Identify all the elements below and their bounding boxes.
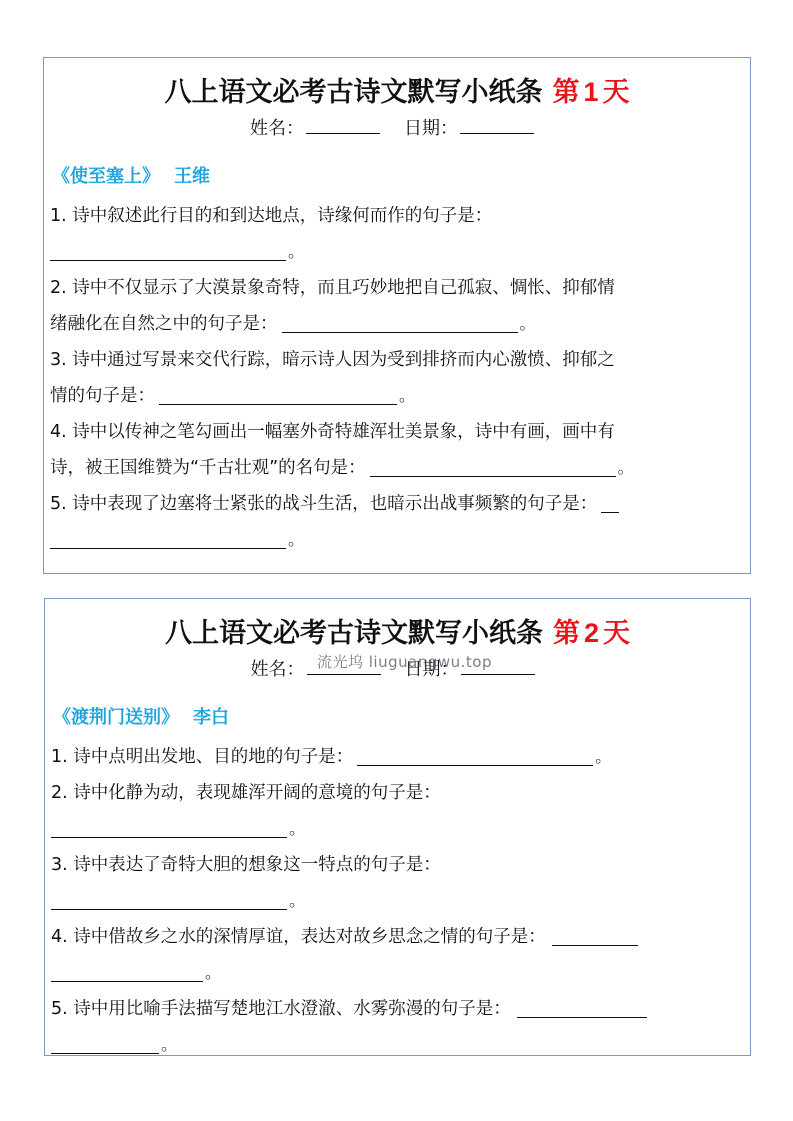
period: 。 <box>520 314 536 333</box>
question-2-line-1: 2. 诗中化静为动，表现雄浑开阔的意境的句子是： <box>51 775 744 811</box>
answer-blank[interactable] <box>50 238 286 261</box>
question-2-line-2: 绪融化在自然之中的句子是：。 <box>50 306 744 342</box>
question-2-answer: 。 <box>51 811 744 847</box>
period: 。 <box>399 386 415 405</box>
date-label: 日期： <box>404 118 458 139</box>
title-text: 八上语文必考古诗文默写小纸条 <box>164 77 542 107</box>
name-field[interactable] <box>307 658 381 675</box>
day-label: 第2天 <box>553 618 630 648</box>
name-field[interactable] <box>306 117 380 134</box>
title-text: 八上语文必考古诗文默写小纸条 <box>165 618 543 648</box>
day-suffix: 天 <box>603 618 630 648</box>
question-text: 1. 诗中点明出发地、目的地的句子是： <box>51 747 353 767</box>
question-3-line-1: 3. 诗中通过写景来交代行踪，暗示诗人因为受到排挤而内心激愤、抑郁之 <box>50 342 744 378</box>
period: 。 <box>288 242 304 261</box>
question-text: 4. 诗中借故乡之水的深情厚谊，表达对故乡思念之情的句子是： <box>51 927 546 947</box>
period: 。 <box>161 1035 177 1054</box>
date-field[interactable] <box>461 658 535 675</box>
period: 。 <box>289 891 305 910</box>
period: 。 <box>618 458 634 477</box>
answer-blank[interactable] <box>159 382 397 405</box>
card-title: 八上语文必考古诗文默写小纸条第1天 <box>44 70 750 109</box>
dictation-card-day-2: 八上语文必考古诗文默写小纸条第2天 姓名：日期： 流光坞 liuguangwu.… <box>44 598 751 1056</box>
question-5-answer: 。 <box>50 522 744 558</box>
period: 。 <box>595 747 611 766</box>
answer-blank[interactable] <box>601 490 619 513</box>
question-3-line-1: 3. 诗中表达了奇特大胆的想象这一特点的句子是： <box>51 847 744 883</box>
question-3-line-2: 情的句子是：。 <box>50 378 744 414</box>
question-5-line-1: 5. 诗中表现了边塞将士紧张的战斗生活，也暗示出战事频繁的句子是： <box>50 486 744 522</box>
answer-blank[interactable] <box>51 887 287 910</box>
question-4-line-2: 诗，被王国维赞为“千古壮观”的名句是：。 <box>50 450 744 486</box>
question-text: 5. 诗中表现了边塞将士紧张的战斗生活，也暗示出战事频繁的句子是： <box>50 494 597 514</box>
question-1-line-1: 1. 诗中点明出发地、目的地的句子是：。 <box>51 739 744 775</box>
date-field[interactable] <box>460 117 534 134</box>
day-number: 1 <box>583 77 598 107</box>
answer-blank[interactable] <box>51 1031 159 1054</box>
question-1-line-1: 1. 诗中叙述此行目的和到达地点，诗缘何而作的句子是： <box>50 198 744 234</box>
answer-blank[interactable] <box>552 923 638 946</box>
question-4-line-1: 4. 诗中以传神之笔勾画出一幅塞外奇特雄浑壮美景象，诗中有画，画中有 <box>50 414 744 450</box>
question-list: 1. 诗中点明出发地、目的地的句子是：。 2. 诗中化静为动，表现雄浑开阔的意境… <box>51 739 744 1063</box>
question-list: 1. 诗中叙述此行目的和到达地点，诗缘何而作的句子是： 。 2. 诗中不仅显示了… <box>50 198 744 558</box>
dictation-card-day-1: 八上语文必考古诗文默写小纸条第1天 姓名：日期： 《使至塞上》王维 1. 诗中叙… <box>43 57 751 574</box>
question-4-line-1: 4. 诗中借故乡之水的深情厚谊，表达对故乡思念之情的句子是： <box>51 919 744 955</box>
poem-title: 《使至塞上》 <box>52 166 160 187</box>
poem-title: 《渡荆门送别》 <box>53 707 179 728</box>
answer-blank[interactable] <box>357 743 593 766</box>
poem-heading: 《渡荆门送别》李白 <box>53 703 229 729</box>
day-prefix: 第 <box>552 77 579 107</box>
answer-blank[interactable] <box>50 526 286 549</box>
period: 。 <box>289 819 305 838</box>
question-text: 5. 诗中用比喻手法描写楚地江水澄澈、水雾弥漫的句子是： <box>51 999 511 1019</box>
answer-blank[interactable] <box>517 995 647 1018</box>
question-text: 情的句子是： <box>50 386 155 406</box>
period: 。 <box>205 963 221 982</box>
question-3-answer: 。 <box>51 883 744 919</box>
answer-blank[interactable] <box>370 454 616 477</box>
question-text: 绪融化在自然之中的句子是： <box>50 314 278 334</box>
poem-author: 李白 <box>193 707 229 728</box>
question-5-line-1: 5. 诗中用比喻手法描写楚地江水澄澈、水雾弥漫的句子是： <box>51 991 744 1027</box>
question-1-answer: 。 <box>50 234 744 270</box>
name-label: 姓名： <box>251 659 305 680</box>
day-number: 2 <box>584 618 599 648</box>
date-label: 日期： <box>405 659 459 680</box>
day-label: 第1天 <box>552 77 629 107</box>
poem-author: 王维 <box>174 166 210 187</box>
name-date-row: 姓名：日期： <box>44 114 750 140</box>
name-label: 姓名： <box>250 118 304 139</box>
poem-heading: 《使至塞上》王维 <box>52 162 210 188</box>
day-prefix: 第 <box>553 618 580 648</box>
question-2-line-1: 2. 诗中不仅显示了大漠景象奇特，而且巧妙地把自己孤寂、惆怅、抑郁情 <box>50 270 744 306</box>
answer-blank[interactable] <box>282 310 518 333</box>
day-suffix: 天 <box>603 77 630 107</box>
name-date-row: 姓名：日期： <box>45 655 750 681</box>
answer-blank[interactable] <box>51 959 203 982</box>
question-text: 诗，被王国维赞为“千古壮观”的名句是： <box>50 458 366 478</box>
question-5-answer: 。 <box>51 1027 744 1063</box>
answer-blank[interactable] <box>51 815 287 838</box>
period: 。 <box>288 530 304 549</box>
question-4-answer: 。 <box>51 955 744 991</box>
card-title: 八上语文必考古诗文默写小纸条第2天 <box>45 611 750 650</box>
